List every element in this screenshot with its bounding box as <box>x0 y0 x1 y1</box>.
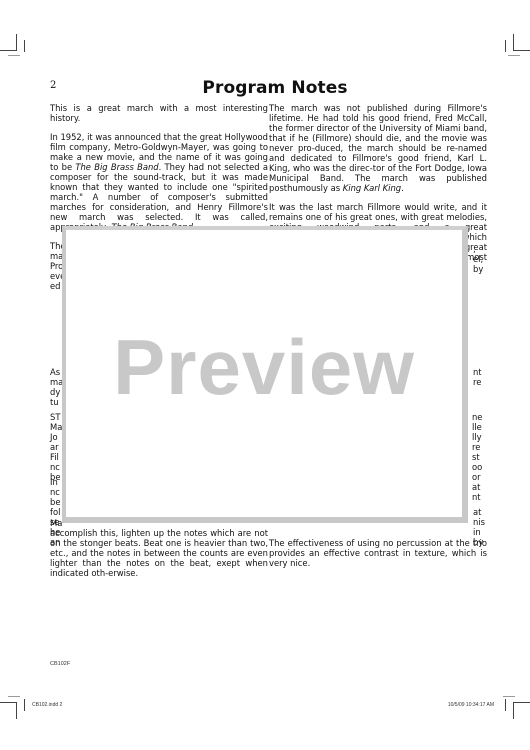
slug-timestamp: 10/5/09 10:34:17 AM <box>448 702 494 708</box>
paragraph: The march was not published during Fillm… <box>269 103 487 193</box>
crop-mark <box>503 696 515 697</box>
crop-mark <box>16 34 17 51</box>
crop-mark <box>513 702 514 719</box>
crop-mark <box>508 55 520 56</box>
text-fragment: ntre <box>473 347 482 397</box>
crop-mark <box>513 702 530 703</box>
crop-mark <box>8 55 20 56</box>
paragraph: In 1952, it was announced that the great… <box>50 132 268 232</box>
left-column-bottom: accomplish this, lighten up the notes wh… <box>50 528 268 587</box>
preview-overlay: Preview <box>62 226 468 523</box>
crop-mark <box>0 50 16 51</box>
right-column-bottom: The effectiveness of using no percussion… <box>269 538 487 577</box>
paragraph: accomplish this, lighten up the notes wh… <box>50 528 268 578</box>
crop-mark <box>16 702 17 719</box>
crop-mark <box>505 40 506 52</box>
crop-mark <box>24 40 25 52</box>
page-title: Program Notes <box>0 78 530 98</box>
crop-mark <box>513 50 530 51</box>
crop-mark <box>0 702 16 703</box>
paragraph: This is a great march with a most intere… <box>50 103 268 123</box>
preview-watermark: Preview <box>66 322 462 413</box>
text-fragment: ,el,by <box>473 224 483 284</box>
crop-mark <box>505 699 506 711</box>
catalog-code: CB102F <box>50 661 70 667</box>
slug-filename: CB102.indd 2 <box>32 702 62 708</box>
crop-mark <box>8 696 20 697</box>
crop-mark <box>513 34 514 51</box>
crop-mark <box>24 699 25 711</box>
paragraph: The effectiveness of using no percussion… <box>269 538 487 568</box>
text-fragment: Ma <box>50 518 62 528</box>
